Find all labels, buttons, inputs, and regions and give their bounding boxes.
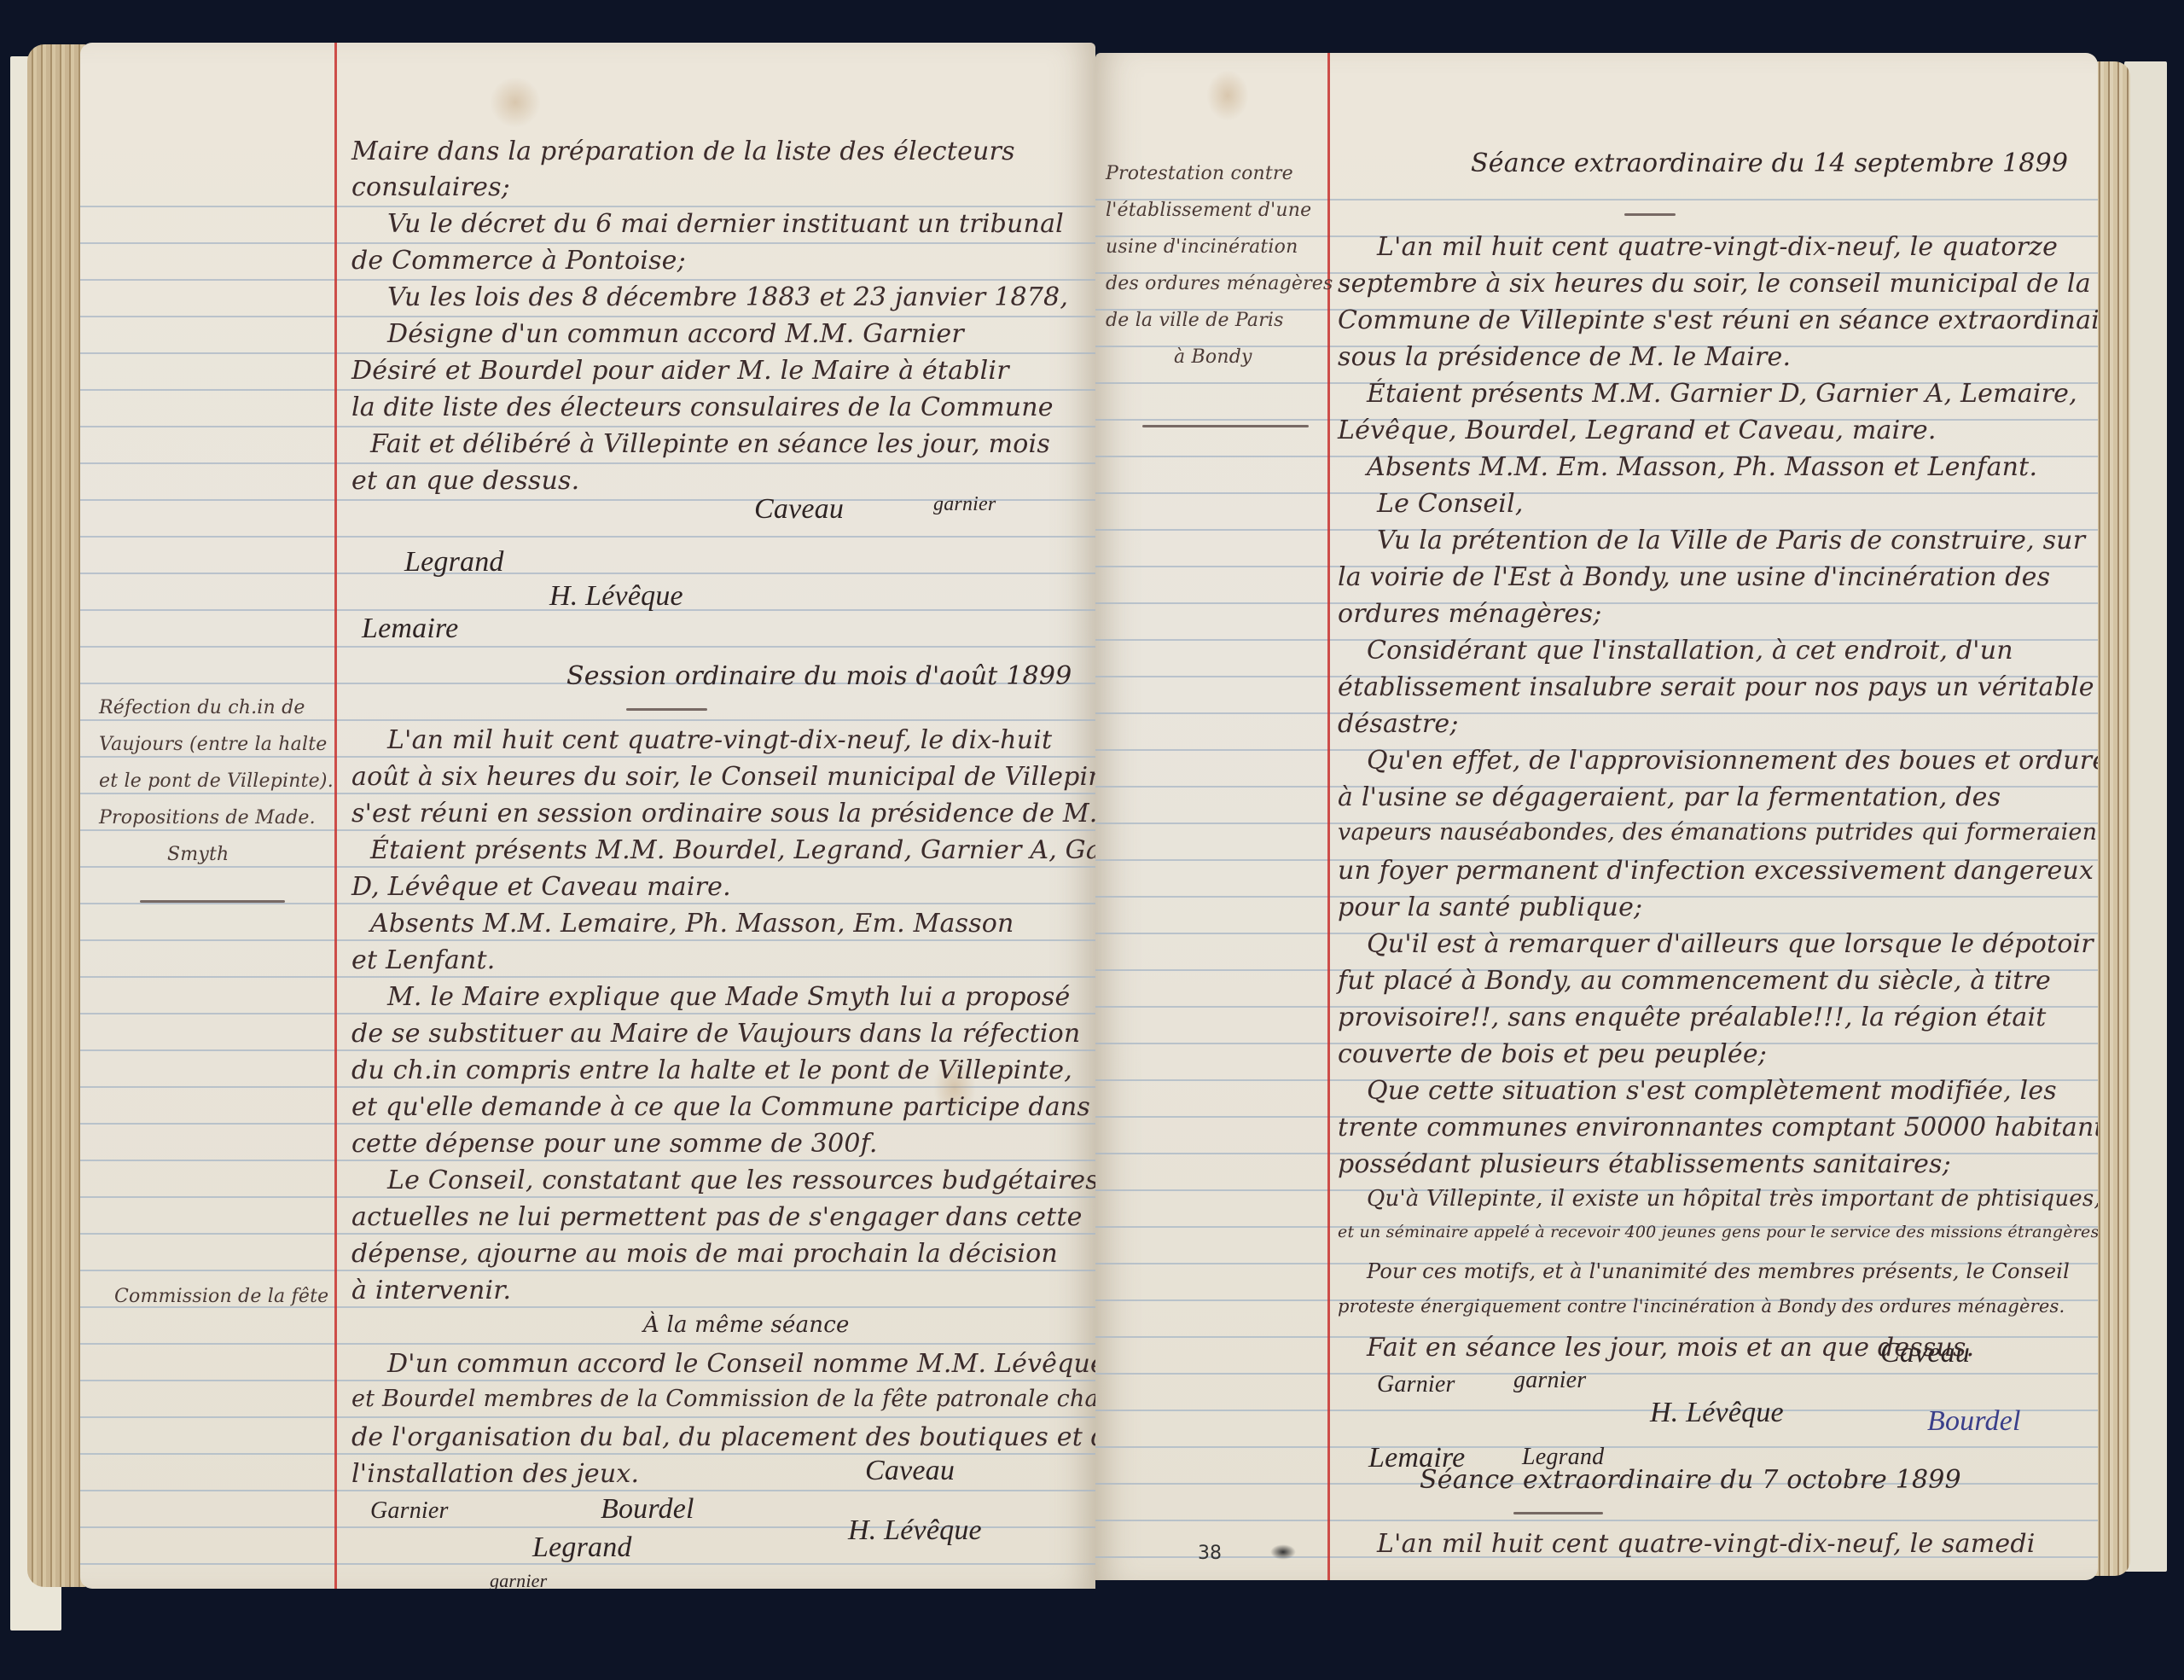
heading-flourish [1513, 1512, 1603, 1514]
text-line: Qu'il est à remarquer d'ailleurs que lor… [1367, 929, 2094, 959]
text-line: de Commerce à Pontoise; [351, 246, 686, 276]
margin-note-line: Smyth [99, 836, 334, 873]
text-line: la dite liste des électeurs consulaires … [351, 392, 1054, 422]
text-line: trente communes environnantes comptant 5… [1338, 1113, 2098, 1142]
text-line: Désigne d'un commun accord M.M. Garnier [387, 319, 964, 349]
margin-note-road-repair: Réfection du ch.in de Vaujours (entre la… [99, 689, 334, 873]
signature-lemaire: Lemaire [362, 613, 458, 645]
text-line: cette dépense pour une somme de 300f. [351, 1129, 878, 1159]
margin-note-line: de la ville de Paris [1106, 302, 1333, 339]
text-line: Fait et délibéré à Villepinte en séance … [370, 429, 1050, 459]
text-line: actuelles ne lui permettent pas de s'eng… [351, 1202, 1083, 1232]
text-line: Lévêque, Bourdel, Legrand et Caveau, mai… [1338, 416, 1937, 445]
text-line: et Bourdel membres de la Commission de l… [351, 1386, 1095, 1412]
heading-flourish [626, 708, 707, 711]
margin-note-line: Propositions de Made. [99, 799, 334, 836]
text-line: Vu le décret du 6 mai dernier instituant… [387, 209, 1064, 239]
signature-legrand: Legrand [532, 1532, 632, 1564]
text-line: et an que dessus. [351, 466, 579, 496]
text-line: L'an mil huit cent quatre-vingt-dix-neuf… [387, 725, 1052, 755]
text-line: désastre; [1338, 709, 1459, 739]
text-line: Vu la prétention de la Ville de Paris de… [1377, 526, 2085, 555]
text-line: du ch.in compris entre la halte et le po… [351, 1055, 1072, 1085]
signature-garnier: Garnier [1377, 1371, 1455, 1398]
text-line: Maire dans la préparation de la liste de… [351, 137, 1015, 166]
session-heading: Session ordinaire du mois d'août 1899 [566, 661, 1072, 691]
text-line: de se substituer au Maire de Vaujours da… [351, 1019, 1080, 1049]
margin-rule [334, 43, 337, 1589]
margin-note-line: Vaujours (entre la halte [99, 726, 334, 763]
text-line: et un séminaire appelé à recevoir 400 je… [1338, 1223, 2098, 1241]
signature-leveque: H. Lévêque [848, 1514, 982, 1547]
text-line: l'installation des jeux. [351, 1459, 639, 1489]
text-line: Qu'à Villepinte, il existe un hôpital tr… [1367, 1186, 2098, 1212]
text-line: M. le Maire explique que Made Smyth lui … [387, 982, 1070, 1012]
right-page: 38 Protestation contre l'établissement d… [1095, 53, 2098, 1580]
signature-legrand: Legrand [404, 546, 504, 578]
signature-caveau: Caveau [1880, 1337, 1970, 1369]
page-edges-left [27, 44, 85, 1587]
margin-note-line: l'établissement d'une [1106, 192, 1333, 229]
margin-note-protest: Protestation contre l'établissement d'un… [1106, 155, 1333, 375]
text-line: Absents M.M. Lemaire, Ph. Masson, Em. Ma… [370, 909, 1014, 939]
page-number: 38 [1198, 1543, 1222, 1564]
text-line: consulaires; [351, 172, 510, 202]
signature-leveque: H. Lévêque [1650, 1397, 1784, 1429]
text-line: Le Conseil, [1377, 489, 1524, 519]
signature-garnier-small: garnier [1513, 1367, 1586, 1394]
page-edges-right [2094, 61, 2130, 1576]
text-line: Désiré et Bourdel pour aider M. le Maire… [351, 356, 1009, 386]
text-line: septembre à six heures du soir, le conse… [1338, 269, 2091, 299]
text-line: proteste énergiquement contre l'incinéra… [1338, 1296, 2065, 1317]
text-line: Pour ces motifs, et à l'unanimité des me… [1367, 1259, 2070, 1283]
signature-caveau: Caveau [865, 1455, 955, 1487]
same-session-heading: À la même séance [643, 1312, 850, 1338]
next-session-heading: Séance extraordinaire du 7 octobre 1899 [1420, 1465, 1961, 1495]
text-line: à intervenir. [351, 1276, 511, 1305]
text-line: couverte de bois et peu peuplée; [1338, 1039, 1767, 1069]
signature-garnier-small: garnier [490, 1570, 547, 1589]
margin-note-line: Réfection du ch.in de [99, 689, 334, 726]
text-line: Qu'en effet, de l'approvisionnement des … [1367, 746, 2098, 776]
text-line: D'un commun accord le Conseil nomme M.M.… [387, 1349, 1095, 1379]
text-line: la voirie de l'Est à Bondy, une usine d'… [1338, 562, 2050, 592]
text-line: Étaient présents M.M. Bourdel, Legrand, … [370, 835, 1095, 865]
signature-caveau: Caveau [754, 493, 844, 526]
text-line: dépense, ajourne au mois de mai prochain… [351, 1239, 1058, 1269]
signature-garnier: garnier [933, 493, 996, 516]
text-line: D, Lévêque et Caveau maire. [351, 872, 731, 902]
text-line: Le Conseil, constatant que les ressource… [387, 1166, 1095, 1195]
text-line: Considérant que l'installation, à cet en… [1367, 636, 2013, 666]
text-line: et qu'elle demande à ce que la Commune p… [351, 1092, 1090, 1122]
text-line: de l'organisation du bal, du placement d… [351, 1422, 1095, 1452]
margin-note-line: et le pont de Villepinte). [99, 763, 334, 799]
divider-flourish [140, 900, 285, 903]
text-line: s'est réuni en session ordinaire sous la… [351, 799, 1095, 828]
text-line: Vu les lois des 8 décembre 1883 et 23 ja… [387, 282, 1068, 312]
text-line: provisoire!!, sans enquête préalable!!!,… [1338, 1003, 2047, 1032]
text-line: Commune de Villepinte s'est réuni en séa… [1338, 305, 2098, 335]
text-line: L'an mil huit cent quatre-vingt-dix-neuf… [1377, 232, 2058, 262]
text-line: vapeurs nauséabondes, des émanations put… [1338, 819, 2098, 846]
signature-leveque: H. Lévêque [549, 580, 683, 613]
paper-stain [1206, 70, 1249, 121]
margin-note-line: usine d'incinération [1106, 229, 1333, 265]
divider-flourish [1142, 425, 1309, 427]
text-line: Que cette situation s'est complètement m… [1367, 1076, 2057, 1106]
margin-note-line: des ordures ménagères [1106, 265, 1333, 302]
text-line: un foyer permanent d'infection excessive… [1338, 856, 2094, 886]
signature-garnier: Garnier [370, 1497, 449, 1525]
margin-note-line: à Bondy [1106, 339, 1333, 375]
margin-note-commission: Commission de la fête [114, 1278, 328, 1315]
signature-bourdel: Bourdel [601, 1493, 694, 1526]
text-line: pour la santé publique; [1338, 892, 1642, 922]
text-line: sous la présidence de M. le Maire. [1338, 342, 1791, 372]
text-line: Absents M.M. Em. Masson, Ph. Masson et L… [1367, 452, 2037, 482]
text-line: établissement insalubre serait pour nos … [1338, 672, 2094, 702]
session-heading: Séance extraordinaire du 14 septembre 18… [1471, 148, 2068, 178]
text-line: L'an mil huit cent quatre-vingt-dix-neuf… [1377, 1529, 2036, 1559]
text-line: à l'usine se dégageraient, par la fermen… [1338, 782, 2001, 812]
text-line: possédant plusieurs établissements sanit… [1338, 1149, 1951, 1179]
text-line: et Lenfant. [351, 945, 495, 975]
heading-flourish [1624, 213, 1676, 216]
left-page: Réfection du ch.in de Vaujours (entre la… [80, 43, 1095, 1589]
text-line: Étaient présents M.M. Garnier D, Garnier… [1367, 379, 2077, 409]
text-line: fut placé à Bondy, au commencement du si… [1338, 966, 2051, 996]
margin-note-line: Protestation contre [1106, 155, 1333, 192]
paper-stain [490, 77, 541, 128]
text-line: ordures ménagères; [1338, 599, 1602, 629]
ink-blot [1270, 1544, 1296, 1560]
text-line: août à six heures du soir, le Conseil mu… [351, 762, 1095, 792]
book-board-right [2124, 61, 2167, 1572]
signature-bourdel: Bourdel [1927, 1405, 2021, 1438]
